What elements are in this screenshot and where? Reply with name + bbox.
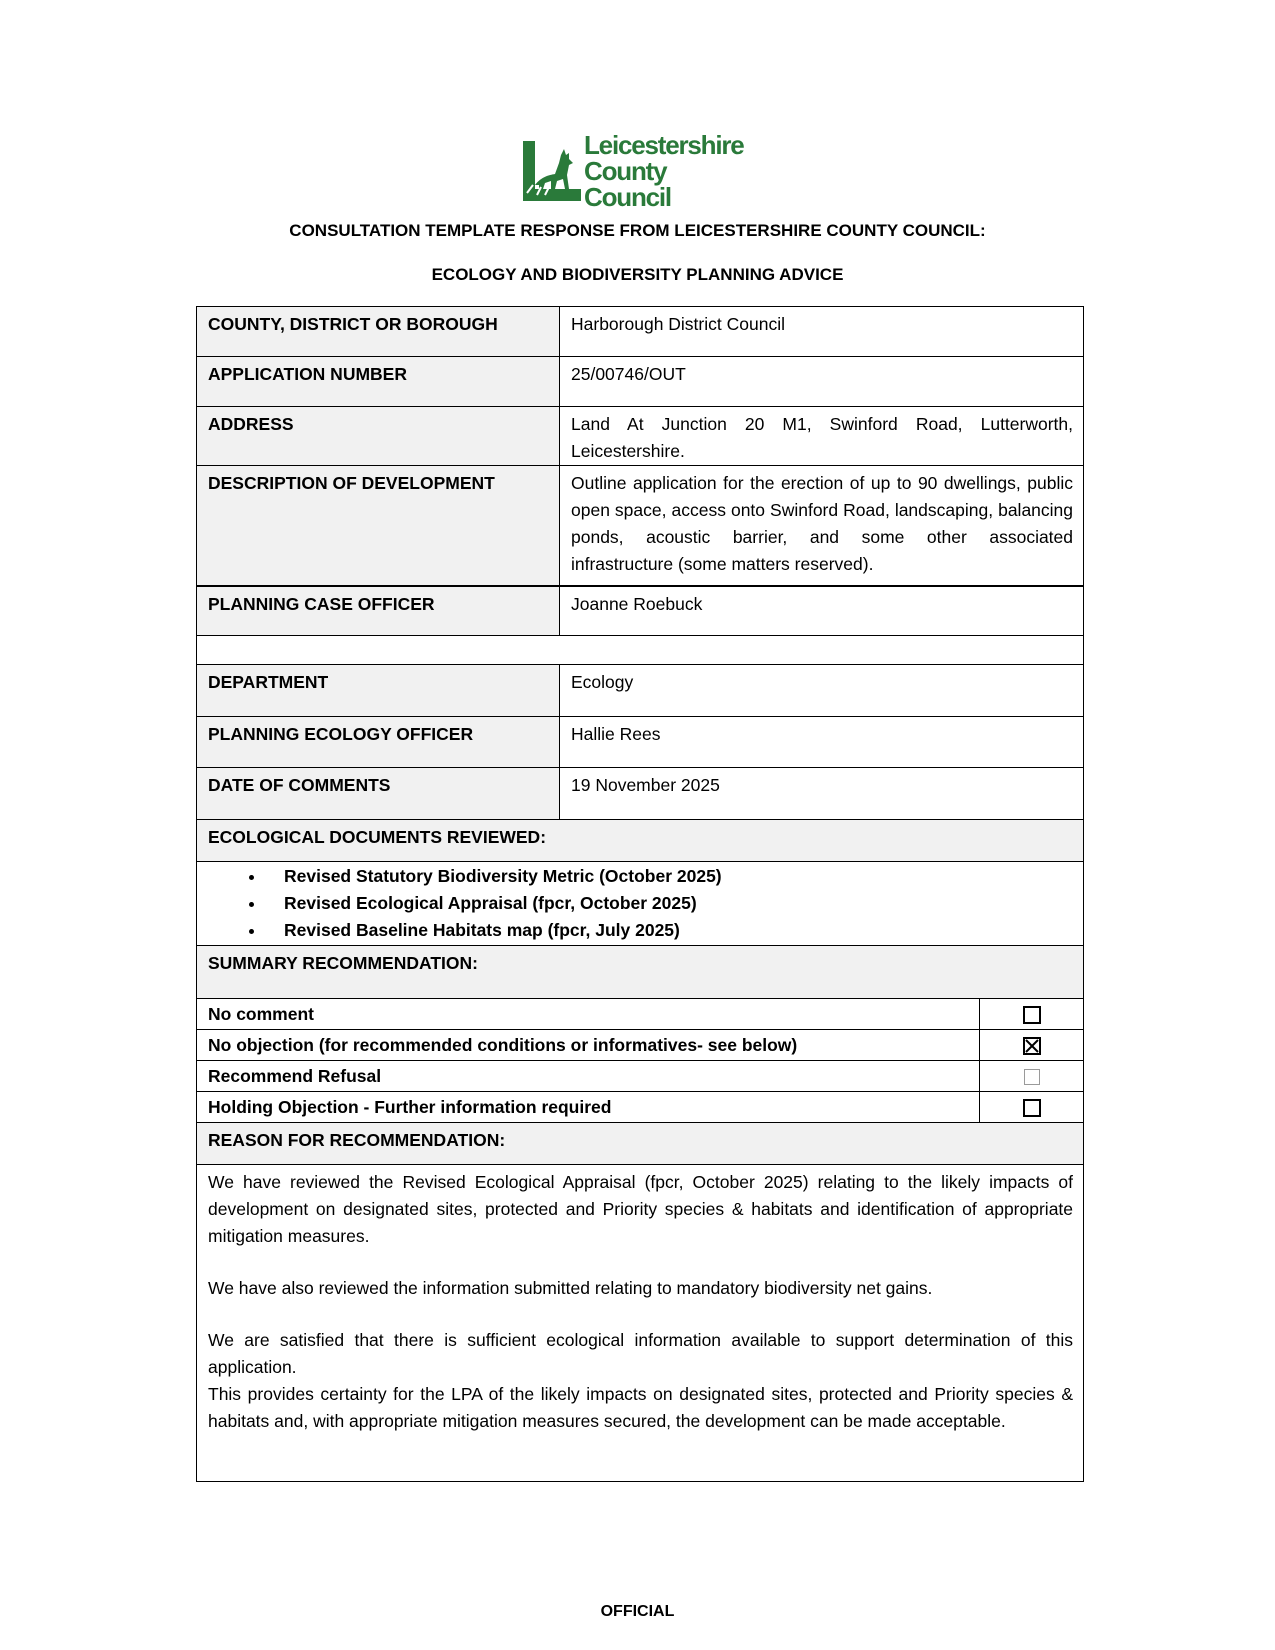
recommend-refusal-checkbox[interactable] [1024, 1069, 1040, 1085]
summary-heading: SUMMARY RECOMMENDATION: [197, 946, 1084, 999]
detail-row: PLANNING CASE OFFICER Joanne Roebuck [197, 586, 1084, 636]
option-label: No comment [197, 999, 980, 1030]
section-header-row: ECOLOGICAL DOCUMENTS REVIEWED: [197, 820, 1084, 862]
documents-row: Revised Statutory Biodiversity Metric (O… [197, 862, 1084, 946]
field-value-address: Land At Junction 20 M1, Swinford Road, L… [560, 407, 1084, 466]
council-logo: Leicestershire County Council [523, 140, 758, 202]
no-comment-checkbox[interactable] [1023, 1006, 1041, 1024]
option-checkbox-cell [980, 1030, 1084, 1061]
field-label: DATE OF COMMENTS [197, 768, 560, 820]
detail-row: COUNTY, DISTRICT OR BOROUGH Harborough D… [197, 307, 1084, 357]
no-objection-checkbox[interactable] [1023, 1037, 1041, 1055]
logo-line-1: Leicestershire [584, 132, 758, 158]
detail-row: PLANNING ECOLOGY OFFICER Hallie Rees [197, 717, 1084, 768]
documents-cell: Revised Statutory Biodiversity Metric (O… [197, 862, 1084, 946]
option-checkbox-cell [980, 1092, 1084, 1123]
logo-line-2: County Council [584, 158, 758, 210]
field-value-case-officer: Joanne Roebuck [560, 586, 1084, 636]
reason-body: We have reviewed the Revised Ecological … [197, 1165, 1084, 1482]
option-label: Recommend Refusal [197, 1061, 980, 1092]
field-label: APPLICATION NUMBER [197, 357, 560, 407]
recommendation-option-row: No objection (for recommended conditions… [197, 1030, 1084, 1061]
field-value-application-number: 25/00746/OUT [560, 357, 1084, 407]
document-item: Revised Baseline Habitats map (fpcr, Jul… [266, 917, 1073, 944]
field-label: ADDRESS [197, 407, 560, 466]
document-subtitle: ECOLOGY AND BIODIVERSITY PLANNING ADVICE [0, 265, 1275, 285]
field-label: DESCRIPTION OF DEVELOPMENT [197, 466, 560, 586]
section-header-row: SUMMARY RECOMMENDATION: [197, 946, 1084, 999]
document-item: Revised Ecological Appraisal (fpcr, Octo… [266, 890, 1073, 917]
detail-row: DATE OF COMMENTS 19 November 2025 [197, 768, 1084, 820]
recommendation-option-row: No comment [197, 999, 1084, 1030]
classification-footer: OFFICIAL [0, 1603, 1275, 1621]
document-title: CONSULTATION TEMPLATE RESPONSE FROM LEIC… [0, 221, 1275, 241]
fox-emblem-icon [523, 141, 581, 201]
reason-heading: REASON FOR RECOMMENDATION: [197, 1123, 1084, 1165]
section-header-row: REASON FOR RECOMMENDATION: [197, 1123, 1084, 1165]
field-value-description: Outline application for the erection of … [560, 466, 1084, 586]
blank-separator [197, 636, 1084, 665]
detail-row: APPLICATION NUMBER 25/00746/OUT [197, 357, 1084, 407]
option-checkbox-cell [980, 1061, 1084, 1092]
reason-paragraph: We are satisfied that there is sufficien… [208, 1327, 1073, 1381]
consultation-form-table: COUNTY, DISTRICT OR BOROUGH Harborough D… [196, 306, 1084, 1482]
recommendation-option-row: Holding Objection - Further information … [197, 1092, 1084, 1123]
field-value-department: Ecology [560, 665, 1084, 717]
option-label: Holding Objection - Further information … [197, 1092, 980, 1123]
field-value-ecology-officer: Hallie Rees [560, 717, 1084, 768]
field-label: PLANNING ECOLOGY OFFICER [197, 717, 560, 768]
detail-row: ADDRESS Land At Junction 20 M1, Swinford… [197, 407, 1084, 466]
option-label: No objection (for recommended conditions… [197, 1030, 980, 1061]
spacer-row [197, 636, 1084, 665]
field-label: PLANNING CASE OFFICER [197, 586, 560, 636]
field-label: DEPARTMENT [197, 665, 560, 717]
field-value-district: Harborough District Council [560, 307, 1084, 357]
detail-row: DESCRIPTION OF DEVELOPMENT Outline appli… [197, 466, 1084, 586]
detail-row: DEPARTMENT Ecology [197, 665, 1084, 717]
field-value-date-of-comments: 19 November 2025 [560, 768, 1084, 820]
reason-paragraph: We have also reviewed the information su… [208, 1275, 1073, 1302]
checked-x-icon [1025, 1039, 1039, 1053]
document-item: Revised Statutory Biodiversity Metric (O… [266, 863, 1073, 890]
recommendation-option-row: Recommend Refusal [197, 1061, 1084, 1092]
logo-wordmark: Leicestershire County Council [584, 132, 758, 210]
reason-body-row: We have reviewed the Revised Ecological … [197, 1165, 1084, 1482]
holding-objection-checkbox[interactable] [1023, 1099, 1041, 1117]
documents-list: Revised Statutory Biodiversity Metric (O… [208, 863, 1073, 944]
option-checkbox-cell [980, 999, 1084, 1030]
reason-paragraph: This provides certainty for the LPA of t… [208, 1381, 1073, 1435]
reason-paragraph: We have reviewed the Revised Ecological … [208, 1169, 1073, 1250]
documents-heading: ECOLOGICAL DOCUMENTS REVIEWED: [197, 820, 1084, 862]
field-label: COUNTY, DISTRICT OR BOROUGH [197, 307, 560, 357]
